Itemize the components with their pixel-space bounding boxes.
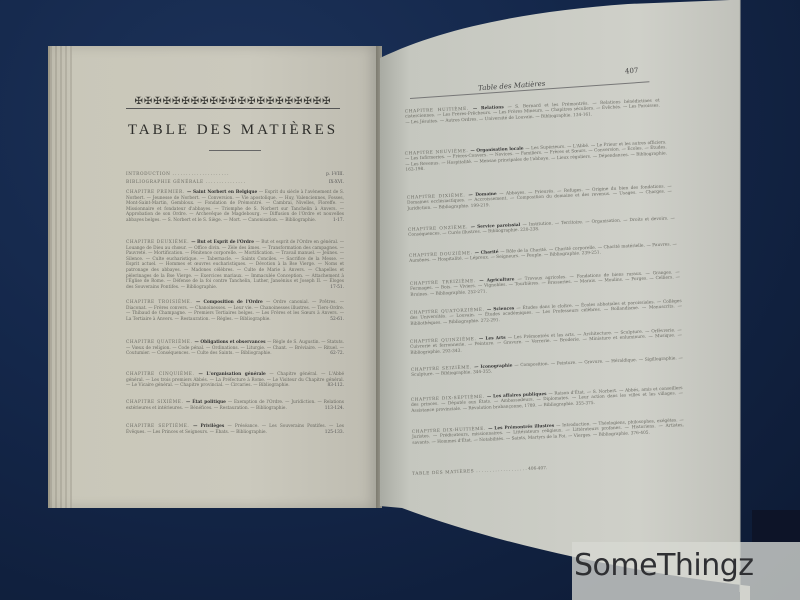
chapter-summary: — But et esprit de l'Ordre en général. —…: [126, 240, 344, 290]
chapter-label: CHAPITRE TROISIÈME.: [126, 300, 196, 305]
page-reference: 1-17.: [333, 218, 344, 224]
toc-entry: INTRODUCTION . . . . . . . . . . . . . .…: [126, 172, 344, 178]
page-title: TABLE DES MATIÈRES: [120, 122, 346, 139]
page-number: 407: [625, 67, 639, 76]
toc-entry: CHAPITRE DEUXIÈME. — But et Esprit de l'…: [126, 240, 344, 290]
toc-entry: CHAPITRE TROISIÈME. — Composition de l'O…: [126, 300, 344, 322]
toc-entry: CHAPITRE SIXIÈME. — État politique — Exe…: [126, 400, 344, 411]
page-reference: 406-407.: [527, 466, 548, 472]
chapter-label: CHAPITRE SEPTIÈME.: [126, 424, 193, 429]
toc-entry: CHAPITRE SEPTIÈME. — Privilèges — Préséa…: [126, 424, 344, 435]
page-reference: 125-133.: [325, 430, 344, 436]
page-reference: 252-271.: [466, 289, 487, 295]
chapter-label: CHAPITRE DEUXIÈME.: [126, 240, 191, 245]
page-reference: 134-161.: [572, 112, 593, 118]
page-reference: 62-72.: [330, 351, 344, 357]
toc-entry: CHAPITRE PREMIER. — Saint Norbert en Bel…: [126, 190, 344, 224]
chapter-label: CHAPITRE CINQUIÈME.: [126, 372, 199, 377]
chapter-topic: — État politique: [186, 400, 228, 405]
watermark-logo: SomeThingz: [574, 548, 754, 583]
page-reference: 17-51.: [330, 285, 344, 291]
page-reference: 220-238.: [519, 227, 540, 233]
right-page: [378, 0, 770, 600]
toc-entry: CHAPITRE QUATRIÈME. — Obligations et obs…: [126, 340, 344, 357]
chapter-summary: . . . . . . . . . . . . . . . . . . . . …: [172, 172, 228, 177]
page-reference: 52-61.: [330, 317, 344, 323]
page-reference: 83-112.: [328, 383, 345, 389]
chapter-label: CHAPITRE QUATRIÈME.: [126, 340, 195, 345]
page-reference: 113-124.: [325, 406, 344, 412]
chapter-summary: — Esprit du siècle à l'avènement de S. N…: [126, 190, 344, 223]
page-reference: 344-355.: [472, 370, 493, 376]
chapter-topic: — But et Esprit de l'Ordre: [191, 240, 255, 245]
chapter-label: INTRODUCTION: [126, 172, 172, 177]
page-reference: IX-XVI.: [329, 180, 344, 186]
chapter-topic: — Obligations et observances: [195, 340, 268, 345]
chapter-label: BIBLIOGRAPHIE GÉNÉRALE: [126, 180, 206, 185]
title-rule: [209, 150, 261, 151]
toc-entry: CHAPITRE CINQUIÈME. — L'organisation gén…: [126, 372, 344, 389]
page-reference: 162-198.: [405, 167, 424, 173]
page-reference: 199-219.: [469, 203, 490, 209]
chapter-label: CHAPITRE SIXIÈME.: [126, 400, 186, 405]
chapter-topic: — Saint Norbert en Belgique: [187, 190, 259, 195]
chapter-summary: . . . . . . . . . . . . . . .: [206, 180, 246, 185]
page-reference: 292-343.: [441, 349, 462, 355]
watermark-accent: [752, 510, 800, 542]
page-reference: 239-251.: [580, 251, 601, 257]
ornament-border: ✠✠✠✠✠✠✠✠✠✠✠✠✠✠✠✠✠✠✠✠✠: [126, 96, 340, 109]
page-reference: 272-291.: [479, 318, 500, 324]
chapter-topic: — Iconographie: [474, 363, 514, 370]
page-reference: p. I-VIII.: [326, 172, 344, 178]
chapter-topic: — Privilèges: [193, 424, 227, 429]
chapter-topic: — L'organisation générale: [199, 372, 270, 377]
chapter-label: CHAPITRE PREMIER.: [126, 190, 187, 195]
toc-entry: BIBLIOGRAPHIE GÉNÉRALE . . . . . . . . .…: [126, 180, 344, 186]
page-reference: 376-405.: [629, 430, 650, 436]
chapter-topic: — Composition de l'Ordre: [196, 300, 266, 305]
page-reference: 355-375.: [574, 401, 595, 407]
